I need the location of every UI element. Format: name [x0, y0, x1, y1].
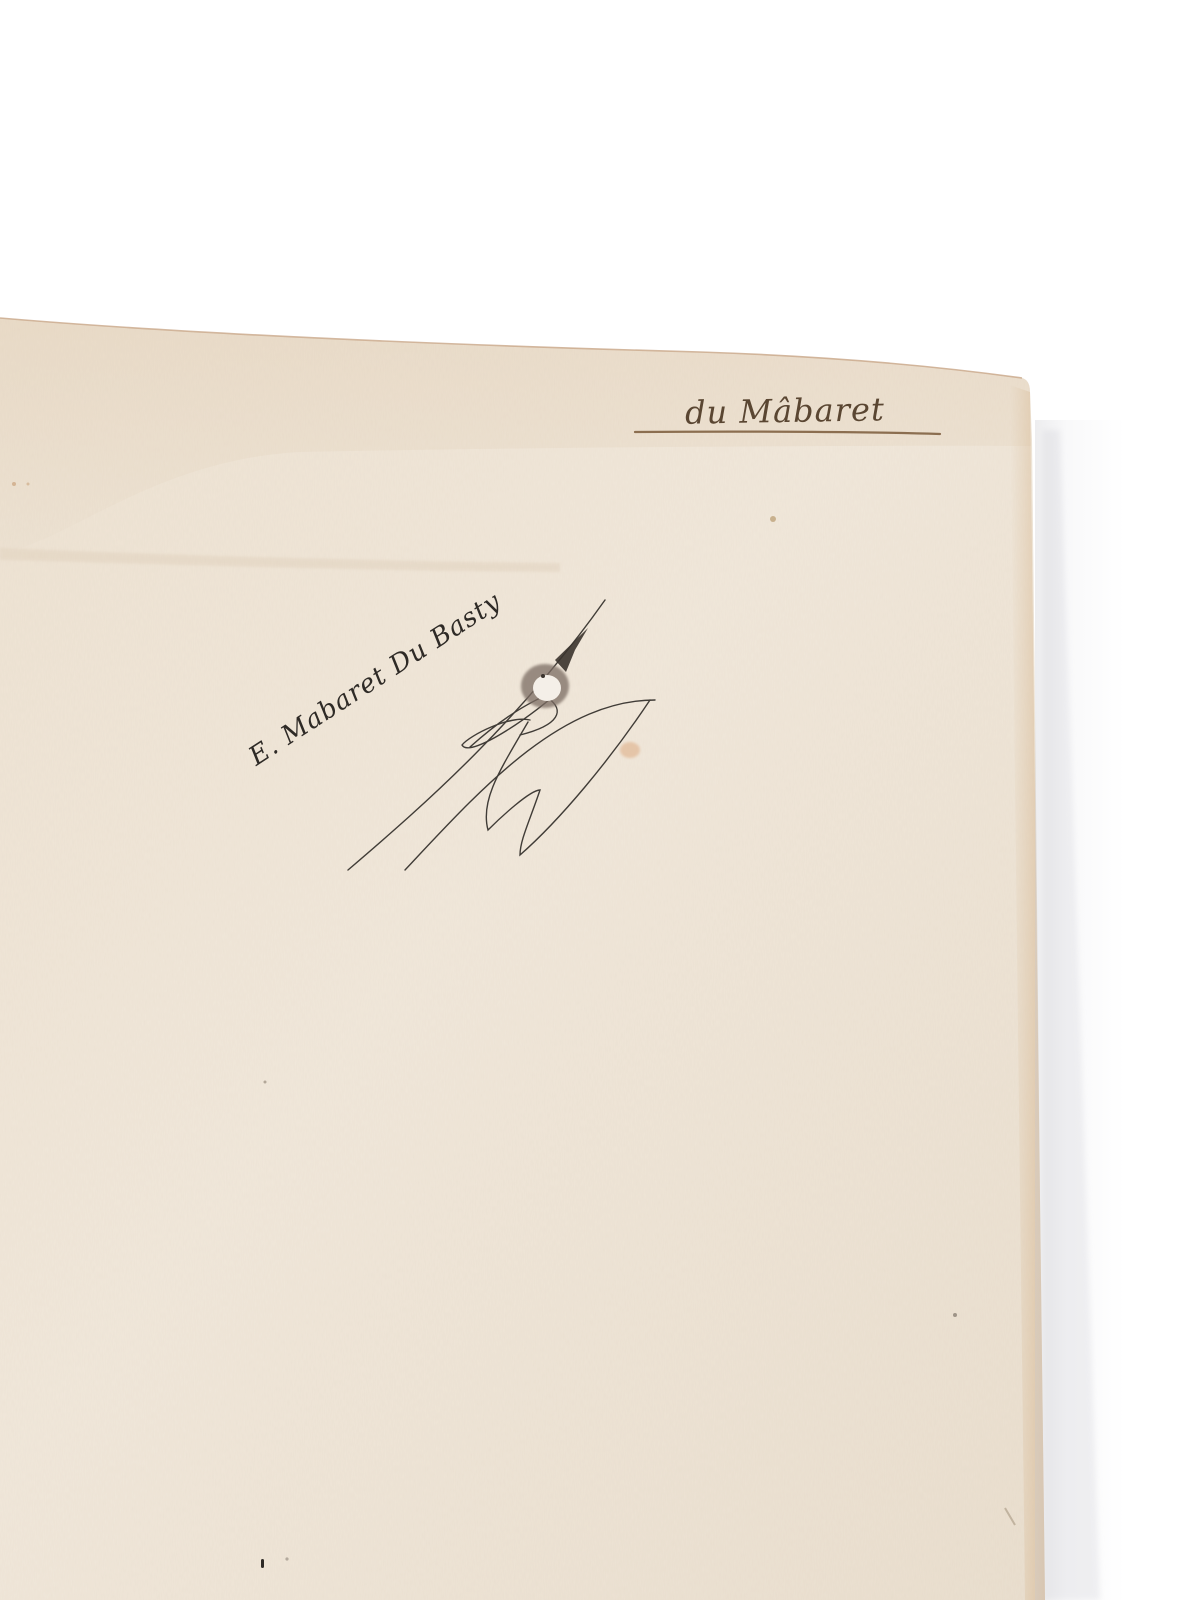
- foxing-spot: [620, 742, 640, 758]
- paper-shadow: [1035, 420, 1125, 1600]
- paper-photograph: [0, 0, 1200, 1600]
- top-right-inscription: du Mâbaret: [685, 390, 885, 431]
- photo-scene: du Mâbaret E. Mabaret Du Basty: [0, 0, 1200, 1600]
- debris-dot: [261, 1559, 264, 1568]
